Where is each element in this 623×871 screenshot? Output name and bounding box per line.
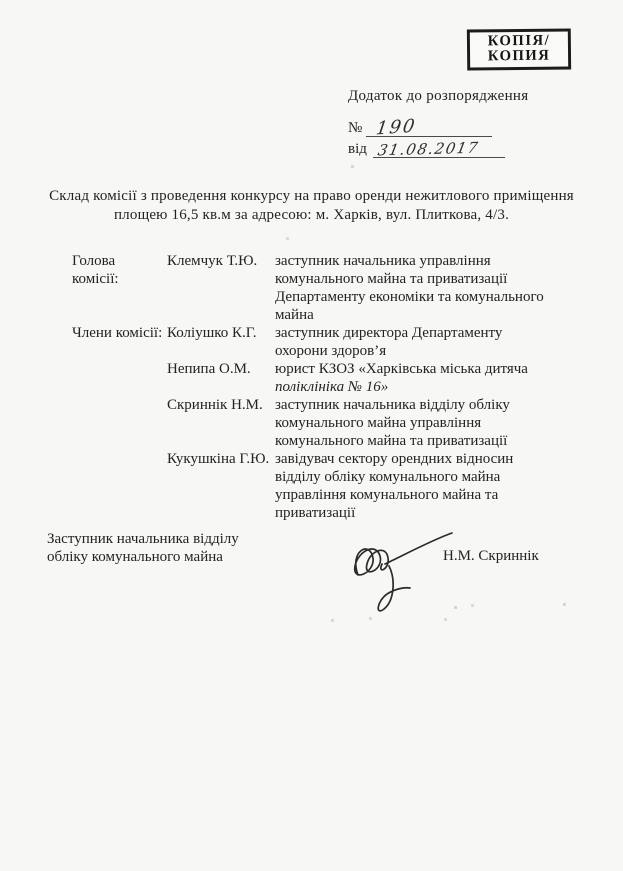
handwritten-signature: [338, 531, 466, 623]
commission-member-name: Скриннік Н.М.: [167, 396, 275, 414]
handwritten-order-number: 190: [375, 117, 418, 138]
commission-row-member: Непипа О.М. юрист КЗОЗ «Харківська міськ…: [72, 360, 577, 396]
commission-member-position: юрист КЗОЗ «Харківська міська дитяча пол…: [275, 360, 575, 396]
date-label: від: [348, 140, 373, 158]
commission-member-position: заступник начальника відділу обліку кому…: [275, 396, 575, 450]
position-regular-part: юрист КЗОЗ «Харківська міська дитяча: [275, 361, 528, 377]
scan-noise-specks: [0, 0, 1, 1]
commission-row-member: Кукушкіна Г.Ю. завідувач сектору орендни…: [72, 450, 577, 522]
commission-member-name: Коліушко К.Г.: [167, 324, 275, 342]
position-italic-part: поліклініка № 16»: [275, 379, 388, 395]
order-number-field: № 190: [348, 118, 528, 137]
commission-list: Голова комісії: Клемчук Т.Ю. заступник н…: [72, 252, 577, 522]
appendix-label: Додаток до розпорядження: [348, 87, 528, 105]
number-underline: 190: [366, 118, 492, 137]
commission-member-position: заступник директора Департаменту охорони…: [275, 324, 575, 360]
signatory-name: Н.М. Скриннік: [443, 548, 539, 565]
copy-stamp: КОПІЯ/ КОПИЯ: [467, 28, 571, 70]
copy-stamp-line2: КОПИЯ: [472, 49, 566, 65]
document-title-line2: площею 16,5 кв.м за адресою: м. Харків, …: [40, 206, 583, 225]
commission-row-chair: Голова комісії: Клемчук Т.Ю. заступник н…: [72, 252, 577, 324]
commission-member-name: Клемчук Т.Ю.: [167, 252, 275, 270]
commission-role: Члени комісії:: [72, 324, 167, 342]
document-title: Склад комісії з проведення конкурсу на п…: [40, 187, 583, 225]
handwritten-order-date: 31.08.2017: [376, 139, 480, 160]
commission-row-member: Члени комісії: Коліушко К.Г. заступник д…: [72, 324, 577, 360]
signatory-position: Заступник начальника відділу обліку кому…: [47, 530, 239, 566]
appendix-header: Додаток до розпорядження № 190 від 31.08…: [348, 87, 528, 158]
document-title-line1: Склад комісії з проведення конкурсу на п…: [40, 187, 583, 206]
commission-row-member: Скриннік Н.М. заступник начальника відді…: [72, 396, 577, 450]
commission-role: Голова комісії:: [72, 252, 167, 288]
date-underline: 31.08.2017: [373, 139, 505, 158]
commission-member-name: Непипа О.М.: [167, 360, 275, 378]
signature-scribble-icon: [338, 531, 466, 623]
commission-member-position: заступник начальника управління комуналь…: [275, 252, 575, 324]
scanned-document-page: КОПІЯ/ КОПИЯ Додаток до розпорядження № …: [0, 0, 623, 871]
number-sign: №: [348, 119, 366, 137]
order-date-field: від 31.08.2017: [348, 139, 528, 158]
commission-member-name: Кукушкіна Г.Ю.: [167, 450, 275, 468]
commission-member-position: завідувач сектору орендних відносин відд…: [275, 450, 575, 522]
